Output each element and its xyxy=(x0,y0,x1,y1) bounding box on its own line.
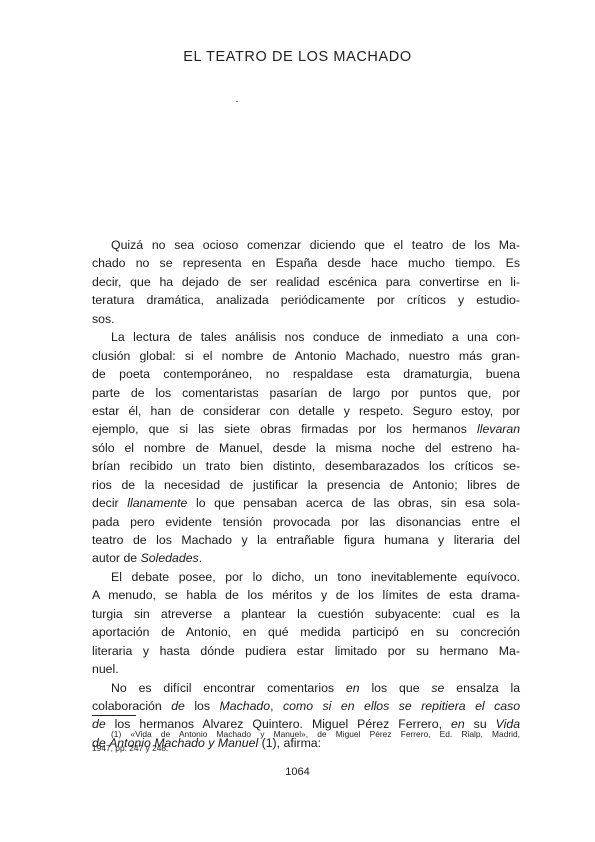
text-line: No es difícil encontrar comentarios en l… xyxy=(92,679,520,697)
text-line: sos. xyxy=(92,310,520,328)
paragraph-2: La lectura de tales análisis nos conduce… xyxy=(92,328,520,568)
body-text: Quizá no sea ocioso comenzar diciendo qu… xyxy=(92,236,520,752)
text-line: decir llanamente lo que pensaban acerca … xyxy=(92,494,520,512)
text-line: estar él, han de considerar con detalle … xyxy=(92,402,520,420)
footnote-divider xyxy=(92,715,136,716)
footnote-line: 1947, pp. 247 y 248. xyxy=(92,741,520,755)
text-line: nuel. xyxy=(92,660,520,678)
text-line: autor de Soledades. xyxy=(92,549,520,567)
text-line: aportación de Antonio, en qué medida par… xyxy=(92,623,520,641)
text-line: colaboración de los Machado, como si en … xyxy=(92,697,520,715)
page-title: EL TEATRO DE LOS MACHADO xyxy=(0,49,595,65)
text-line: de poeta contemporáneo, no respaldase es… xyxy=(92,365,520,383)
text-line: La lectura de tales análisis nos conduce… xyxy=(92,328,520,346)
paragraph-1: Quizá no sea ocioso comenzar diciendo qu… xyxy=(92,236,520,328)
text-line: pada pero evidente tensión provocada por… xyxy=(92,513,520,531)
text-line: literaria y hasta dónde pudiera estar li… xyxy=(92,642,520,660)
text-line: parte de los comentaristas pasarían de l… xyxy=(92,384,520,402)
text-line: turgia sin atreverse a plantear la cuest… xyxy=(92,605,520,623)
text-line: A menudo, se habla de los méritos y de l… xyxy=(92,586,520,604)
text-line: Quizá no sea ocioso comenzar diciendo qu… xyxy=(92,236,520,254)
text-line: teatro de los Machado y la entrañable fi… xyxy=(92,531,520,549)
text-line: brían recibido un trato bien distinto, d… xyxy=(92,457,520,475)
text-line: decir, que ha dejado de ser realidad esc… xyxy=(92,273,520,291)
text-line: rios de la necesidad de justificar la pr… xyxy=(92,476,520,494)
paragraph-3: El debate posee, por lo dicho, un tono i… xyxy=(92,568,520,679)
text-line: sólo el nombre de Manuel, desde la misma… xyxy=(92,439,520,457)
text-line: chado no se representa en España desde h… xyxy=(92,254,520,272)
scan-speck xyxy=(236,101,238,102)
page-number: 1064 xyxy=(0,766,595,778)
text-line: El debate posee, por lo dicho, un tono i… xyxy=(92,568,520,586)
text-line: teratura dramática, analizada periódicam… xyxy=(92,291,520,309)
footnote: (1) «Vida de Antonio Machado y Manuel», … xyxy=(92,727,520,755)
text-line: clusión global: si el nombre de Antonio … xyxy=(92,347,520,365)
text-line: ejemplo, que si las siete obras firmadas… xyxy=(92,420,520,438)
footnote-line: (1) «Vida de Antonio Machado y Manuel», … xyxy=(92,727,520,741)
